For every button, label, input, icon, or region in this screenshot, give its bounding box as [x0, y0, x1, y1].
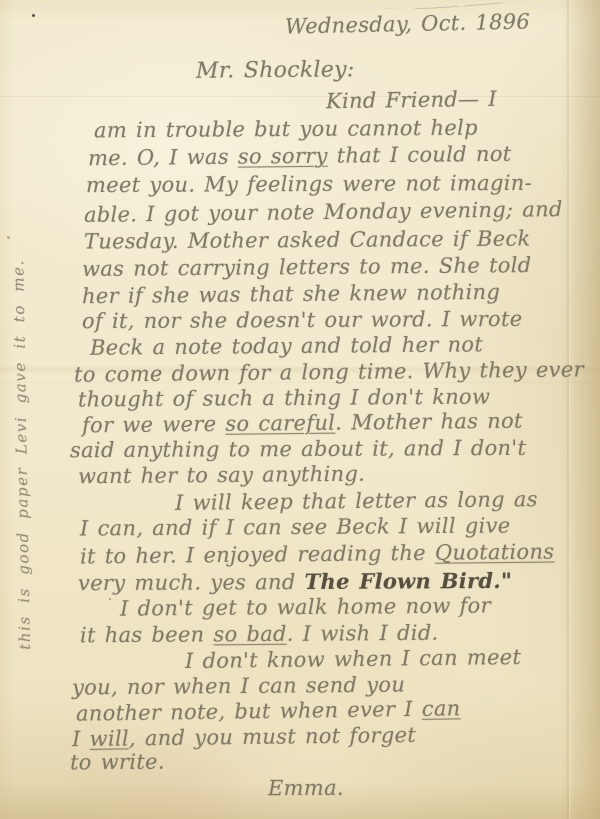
letter-line: very much. yes and The Flown Bird." — [78, 568, 512, 595]
letter-line: said anything to me about it, and I don'… — [70, 436, 526, 462]
letter-text-segment: me. O, I was — [88, 145, 238, 171]
letter-text-segment: so bad — [213, 622, 286, 647]
letter-text-segment: Tuesday. Mother asked Candace if Beck — [84, 226, 531, 253]
letter-line: meet you. My feelings were not imagin- — [86, 171, 532, 197]
letter-text-segment: , and you must not forget — [129, 723, 416, 751]
salutation: Mr. Shockley: — [196, 57, 355, 83]
letter-text-segment: Quotations — [435, 540, 555, 565]
letter-text-segment: able. I got your note Monday evening; an… — [84, 197, 563, 227]
letter-text-segment: that I could not — [328, 142, 512, 168]
letter-line: Tuesday. Mother asked Candace if Beck — [84, 226, 531, 253]
letter-text-segment: so careful — [225, 411, 335, 436]
letter-text-segment: it has been — [80, 622, 214, 647]
horizontal-fold-crease — [0, 96, 600, 97]
letter-text-segment: Emma. — [268, 776, 344, 800]
letter-text-segment: for we were — [82, 412, 226, 437]
letter-text-segment: Mr. Shockley: — [196, 57, 355, 83]
letter-text-segment: Kind Friend— I — [326, 87, 497, 113]
letter-line: I don't get to walk home now for — [120, 593, 491, 620]
letter-page: this is good paper Levi gave it to me. W… — [0, 0, 600, 819]
letter-line: me. O, I was so sorry that I could not — [88, 142, 512, 170]
letter-line: able. I got your note Monday evening; an… — [84, 197, 563, 227]
letter-text-segment: another note, but when ever I — [76, 697, 422, 726]
letter-line: Beck a note today and told her not — [90, 332, 483, 359]
letter-text-segment: . I wish I did. — [287, 621, 439, 646]
letter-line: it to her. I enjoyed reading the Quotati… — [80, 540, 555, 569]
letter-line: I will keep that letter as long as — [175, 487, 538, 515]
letter-line: I will, and you must not forget — [72, 723, 416, 751]
greeting-line: Kind Friend— I — [326, 87, 497, 113]
letter-line: of it, nor she doesn't our word. I wrote — [82, 307, 523, 333]
letter-line: another note, but when ever I can — [76, 696, 461, 725]
letter-line: was not carrying letters to me. She told — [82, 253, 532, 281]
letter-text-segment: I don't know when I can meet — [185, 645, 521, 673]
letter-text-segment: will — [89, 726, 129, 750]
letter-text-segment: so sorry — [238, 144, 328, 169]
paper-speck — [7, 236, 10, 239]
letter-text-segment: Beck a note today and told her not — [90, 332, 483, 359]
letter-line: I can, and if I can see Beck I will give — [80, 513, 511, 540]
letter-text-segment: am in trouble but you cannot help — [94, 116, 478, 143]
letter-text-segment: was not carrying letters to me. She told — [82, 253, 532, 281]
letter-line: I don't know when I can meet — [185, 645, 521, 673]
letter-text-segment: want her to say anything. — [78, 462, 365, 489]
letter-text-segment: I can, and if I can see Beck I will give — [80, 513, 511, 540]
letter-text-segment: said anything to me about it, and I don'… — [70, 436, 526, 462]
letter-line: her if she was that she knew nothing — [82, 280, 500, 308]
letter-text-segment: can — [422, 696, 461, 721]
date-line: Wednesday, Oct. 1896 — [285, 9, 531, 38]
letter-line: to write. — [70, 750, 165, 775]
paper-speck — [32, 14, 35, 17]
letter-text-segment: . Mother has not — [335, 409, 523, 435]
letter-text-segment: it to her. I enjoyed reading the — [80, 541, 435, 569]
letter-text-segment: to write. — [70, 750, 165, 775]
letter-line: you, nor when I can send you — [72, 673, 405, 700]
letter-line: thought of such a thing I don't know — [78, 385, 490, 412]
letter-text-segment: of it, nor she doesn't our word. I wrote — [82, 307, 523, 333]
letter-line: for we were so careful. Mother has not — [82, 409, 523, 438]
letter-text-segment: thought of such a thing I don't know — [78, 385, 490, 412]
letter-line: want her to say anything. — [78, 462, 365, 489]
letter-line: am in trouble but you cannot help — [94, 116, 478, 143]
paper-speck — [109, 598, 111, 600]
letter-text-segment: meet you. My feelings were not imagin- — [86, 171, 532, 197]
letter-text-segment: Wednesday, Oct. 1896 — [285, 9, 531, 38]
letter-text-segment: The Flown Bird." — [304, 568, 512, 594]
vertical-fold-crease — [567, 0, 569, 819]
letter-text-segment: I — [72, 727, 90, 751]
letter-line: it has been so bad. I wish I did. — [80, 621, 439, 648]
letter-text-segment: her if she was that she knew nothing — [82, 280, 500, 308]
letter-text-segment: very much. yes and — [78, 570, 305, 595]
margin-note: this is good paper Levi gave it to me. — [9, 259, 34, 650]
letter-text-segment: I don't get to walk home now for — [120, 593, 491, 620]
letter-text-segment: you, nor when I can send you — [72, 673, 405, 700]
signature: Emma. — [268, 776, 344, 800]
letter-text-segment: I will keep that letter as long as — [175, 487, 538, 515]
